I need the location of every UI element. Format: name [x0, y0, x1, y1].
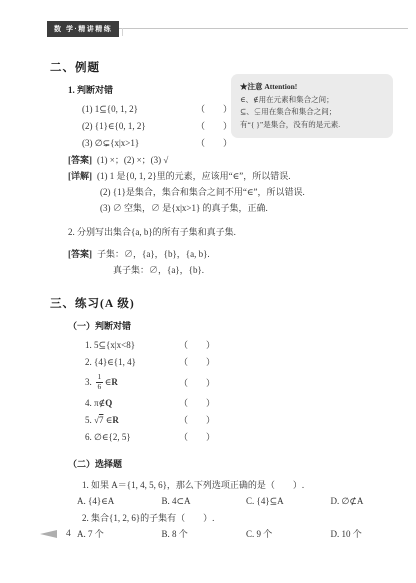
choice-question: 1. 如果 A＝{1, 4, 5, 6}，那么下列选项正确的是（ ）. — [82, 477, 406, 493]
detail-text: (3) ∅ 空集，∅ 是{x|x>1} 的真子集，正确. — [100, 200, 406, 216]
answer-paren: （ ） — [179, 395, 215, 412]
answer-paren: （ ） — [196, 135, 232, 152]
section-examples-heading: 二、例题 — [50, 62, 406, 75]
answer-paren: （ ） — [196, 118, 232, 135]
choice-options: A. 7 个 B. 8 个 C. 9 个 D. 10 个 — [77, 526, 415, 542]
choice-question: 2. 集合{1, 2, 6}的子集有（ ）. — [82, 510, 406, 526]
section-practice-heading: 三、练习(A 级) — [50, 298, 406, 311]
book-title-badge: 数 学·精讲精练 — [47, 21, 119, 37]
answer-text: 子集：∅，{a}，{b}，{a, b}. — [97, 249, 210, 259]
answer-text: 真子集：∅，{a}，{b}. — [113, 262, 406, 278]
textbook-page: 数 学·精讲精练 ★注意 Attention! ∈、∉用在元素和集合之间； ⊆、… — [0, 0, 416, 583]
judge-item: (1) 1⊆{0, 1, 2} （ ） — [82, 101, 232, 118]
header-rule-tick — [122, 28, 123, 36]
option-d: D. ∅⊄A — [331, 493, 416, 509]
judge-item: 3. 16∈R （ ） — [85, 371, 215, 395]
detail-text: (2) {1}是集合，集合和集合之间不用“∈”，所以错误. — [100, 184, 406, 200]
judge-item: 5. √7 ∈R （ ） — [85, 412, 215, 429]
page-footer: 4 — [40, 529, 71, 539]
main-content: 二、例题 1. 判断对错 (1) 1⊆{0, 1, 2} （ ） (2) {1}… — [50, 62, 406, 542]
option-a: A. 7 个 — [77, 526, 162, 542]
book-title: 数 学·精讲精练 — [54, 26, 112, 33]
judge-item-text: 6. ∅∈{2, 5} — [85, 429, 131, 446]
option-d: D. 10 个 — [331, 526, 416, 542]
judge-item-text: (2) {1}∈{0, 1, 2} — [82, 118, 146, 135]
choice-options: A. {4}∈A B. 4⊂A C. {4}⊆A D. ∅⊄A — [77, 493, 415, 509]
practice-part2-title: （二）选择题 — [68, 458, 406, 471]
judge-item-text: 5. √7 ∈R — [85, 412, 119, 429]
answer-paren: （ ） — [196, 101, 232, 118]
item-prefix: 5. — [85, 415, 94, 425]
fraction-denominator: 6 — [98, 383, 102, 392]
judge-item-text: 2. {4}∈{1, 4} — [85, 354, 136, 371]
header-rule — [118, 28, 408, 29]
option-c: C. {4}⊆A — [246, 493, 331, 509]
option-b: B. 8 个 — [162, 526, 247, 542]
set-symbol: R — [111, 377, 118, 387]
judge-item: 1. 5⊆{x|x<8} （ ） — [85, 337, 215, 354]
answer-paren: （ ） — [179, 337, 215, 354]
answer-paren: （ ） — [179, 412, 215, 429]
answer-label: [答案] — [68, 155, 92, 165]
example2-answer: [答案]子集：∅，{a}，{b}，{a, b}. — [68, 246, 406, 262]
judge-item-text: 4. π∉Q — [85, 395, 112, 412]
judge-item: (3) ∅⊊{x|x>1} （ ） — [82, 135, 232, 152]
judge-item-text: 1. 5⊆{x|x<8} — [85, 337, 135, 354]
answer-paren: （ ） — [179, 375, 215, 392]
page-number: 4 — [66, 529, 71, 539]
judge-item: 6. ∅∈{2, 5} （ ） — [85, 429, 215, 446]
judge-item-text: (1) 1⊆{0, 1, 2} — [82, 101, 138, 118]
option-a: A. {4}∈A — [77, 493, 162, 509]
fraction: 16 — [96, 373, 103, 391]
practice-part1-title: （一）判断对错 — [68, 320, 406, 333]
example1-title: 1. 判断对错 — [68, 84, 406, 97]
judge-item: 4. π∉Q （ ） — [85, 395, 215, 412]
item-prefix: 3. — [85, 377, 94, 387]
judge-item: 2. {4}∈{1, 4} （ ） — [85, 354, 215, 371]
detail-label: [详解] — [68, 171, 92, 181]
example1-answer: [答案](1) ×；(2) ×；(3) √ — [68, 152, 406, 168]
judge-item-text: 3. 16∈R — [85, 374, 118, 392]
example1-detail: [详解](1) 1 是{0, 1, 2}里的元素，应该用“∈”，所以错误. — [68, 168, 406, 184]
set-symbol: Q — [105, 398, 112, 408]
answer-paren: （ ） — [179, 429, 215, 446]
answer-paren: （ ） — [179, 354, 215, 371]
item-prefix: 4. π∉ — [85, 398, 105, 408]
set-symbol: R — [112, 415, 119, 425]
answer-text: (1) ×；(2) ×；(3) √ — [97, 155, 168, 165]
option-b: B. 4⊂A — [162, 493, 247, 509]
answer-label: [答案] — [68, 249, 92, 259]
example2-title: 2. 分别写出集合{a, b}的所有子集和真子集. — [68, 224, 406, 240]
detail-text: (1) 1 是{0, 1, 2}里的元素，应该用“∈”，所以错误. — [97, 171, 291, 181]
option-c: C. 9 个 — [246, 526, 331, 542]
judge-item: (2) {1}∈{0, 1, 2} （ ） — [82, 118, 232, 135]
page-corner-triangle-icon — [40, 530, 57, 538]
judge-item-text: (3) ∅⊊{x|x>1} — [82, 135, 139, 152]
